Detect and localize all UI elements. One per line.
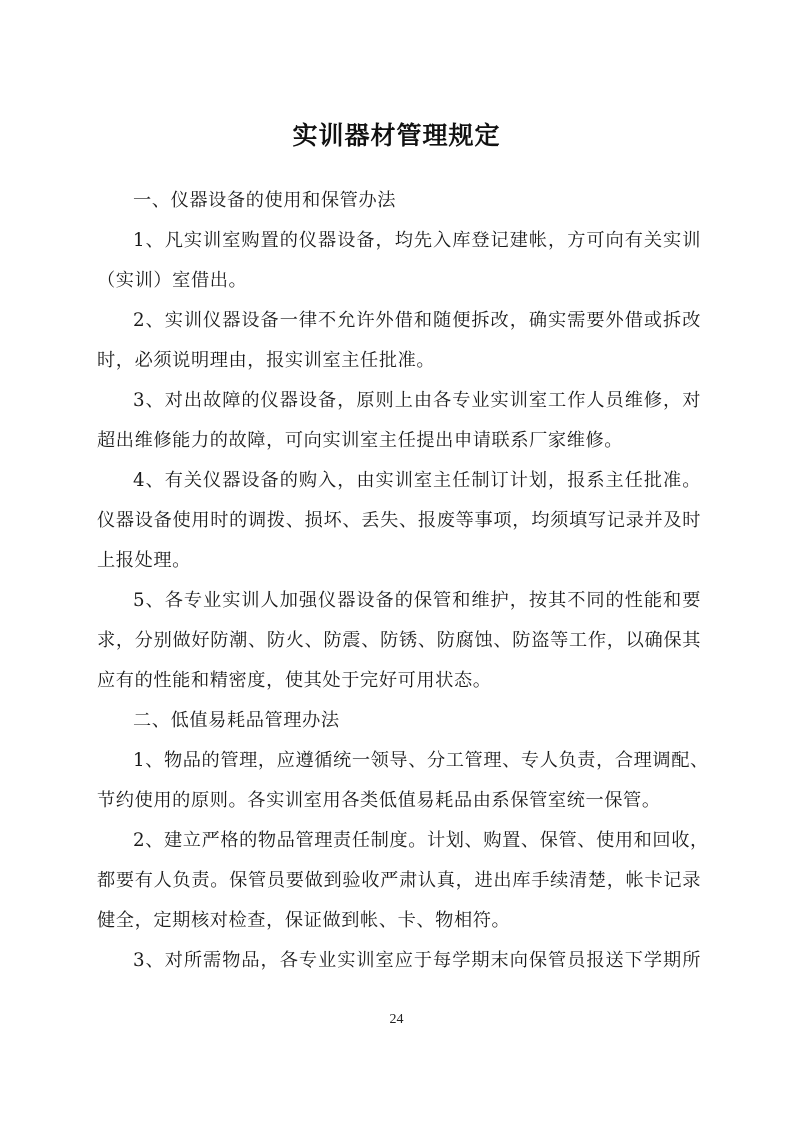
paragraph-line: 求，分别做好防潮、防火、防震、防锈、防腐蚀、防盗等工作，以确保其	[97, 628, 701, 668]
paragraph-line: 超出维修能力的故障，可向实训室主任提出申请联系厂家维修。	[97, 428, 701, 468]
paragraph-line: 5、各专业实训人加强仪器设备的保管和维护，按其不同的性能和要	[97, 588, 701, 628]
paragraph-line: 时，必须说明理由，报实训室主任批准。	[97, 348, 701, 388]
paragraph-line: 3、对所需物品，各专业实训室应于每学期末向保管员报送下学期所	[97, 948, 701, 988]
document-title: 实训器材管理规定	[0, 116, 793, 152]
paragraph-line: 1、凡实训室购置的仪器设备，均先入库登记建帐，方可向有关实训	[97, 228, 701, 268]
paragraph-line: 节约使用的原则。各实训室用各类低值易耗品由系保管室统一保管。	[97, 788, 701, 828]
paragraph-line: 应有的性能和精密度，使其处于完好可用状态。	[97, 668, 701, 708]
paragraph-line: 3、对出故障的仪器设备，原则上由各专业实训室工作人员维修，对	[97, 388, 701, 428]
paragraph-line: 1、物品的管理，应遵循统一领导、分工管理、专人负责，合理调配、	[97, 748, 701, 788]
document-body: 一、仪器设备的使用和保管办法1、凡实训室购置的仪器设备，均先入库登记建帐，方可向…	[97, 188, 701, 988]
paragraph-line: 健全，定期核对检查，保证做到帐、卡、物相符。	[97, 908, 701, 948]
paragraph-line: 4、有关仪器设备的购入，由实训室主任制订计划，报系主任批准。	[97, 468, 701, 508]
paragraph-line: （实训）室借出。	[97, 268, 701, 308]
paragraph-line: 2、建立严格的物品管理责任制度。计划、购置、保管、使用和回收，	[97, 828, 701, 868]
paragraph-line: 2、实训仪器设备一律不允许外借和随便拆改，确实需要外借或拆改	[97, 308, 701, 348]
page-number: 24	[0, 1012, 793, 1028]
paragraph-line: 二、低值易耗品管理办法	[97, 708, 701, 748]
paragraph-line: 都要有人负责。保管员要做到验收严肃认真，进出库手续清楚，帐卡记录	[97, 868, 701, 908]
paragraph-line: 一、仪器设备的使用和保管办法	[97, 188, 701, 228]
paragraph-line: 上报处理。	[97, 548, 701, 588]
paragraph-line: 仪器设备使用时的调拨、损坏、丢失、报废等事项，均须填写记录并及时	[97, 508, 701, 548]
